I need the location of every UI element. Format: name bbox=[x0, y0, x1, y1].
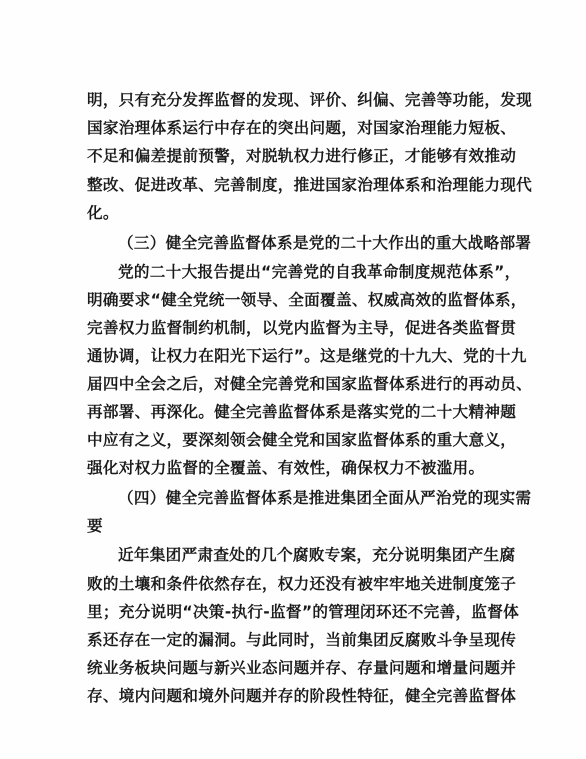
text-line: 不足和偏差提前预警，对脱轨权力进行修正，才能够有效推动 bbox=[87, 142, 507, 170]
text-line: 里；充分说明“决策-执行-监督”的管理闭环还不完善，监督体 bbox=[87, 598, 507, 626]
text-line: 党的二十大报告提出“完善党的自我革命制度规范体系”， bbox=[118, 258, 507, 286]
text-line: 通协调，让权力在阳光下运行”。这是继党的十九大、党的十九 bbox=[87, 342, 507, 370]
text-line: 整改、促进改革、完善制度，推进国家治理体系和治理能力现代 bbox=[87, 171, 507, 199]
text-line: 统业务板块问题与新兴业态问题并存、存量问题和增量问题并 bbox=[87, 654, 507, 682]
text-line: 明，只有充分发挥监督的发现、评价、纠偏、完善等功能，发现 bbox=[87, 86, 507, 114]
text-line: 届四中全会之后，对健全完善党和国家监督体系进行的再动员、 bbox=[87, 370, 507, 398]
text-line: 存、境内问题和境外问题并存的阶段性特征，健全完善监督体 bbox=[87, 682, 507, 710]
text-line: 要 bbox=[87, 512, 507, 540]
document-page: 明，只有充分发挥监督的发现、评价、纠偏、完善等功能，发现国家治理体系运行中存在的… bbox=[0, 0, 586, 759]
text-line: 明确要求“健全党统一领导、全面覆盖、权威高效的监督体系， bbox=[87, 286, 507, 314]
text-line: 败的土壤和条件依然存在，权力还没有被牢牢地关进制度笼子 bbox=[87, 570, 507, 598]
text-line: 近年集团严肃查处的几个腐败专案，充分说明集团产生腐 bbox=[118, 541, 507, 569]
section-heading: （四）健全完善监督体系是推进集团全面从严治党的现实需 bbox=[118, 484, 507, 512]
text-line: 强化对权力监督的全覆盖、有效性，确保权力不被滥用。 bbox=[87, 454, 507, 482]
text-line: 国家治理体系运行中存在的突出问题，对国家治理能力短板、 bbox=[87, 114, 507, 142]
text-line: 完善权力监督制约机制，以党内监督为主导，促进各类监督贯 bbox=[87, 314, 507, 342]
section-heading: （三）健全完善监督体系是党的二十大作出的重大战略部署 bbox=[118, 229, 507, 257]
text-line: 系还存在一定的漏洞。与此同时，当前集团反腐败斗争呈现传 bbox=[87, 626, 507, 654]
text-line: 再部署、再深化。健全完善监督体系是落实党的二十大精神题 bbox=[87, 398, 507, 426]
text-line: 中应有之义，要深刻领会健全党和国家监督体系的重大意义， bbox=[87, 426, 507, 454]
text-line: 化。 bbox=[87, 199, 507, 227]
